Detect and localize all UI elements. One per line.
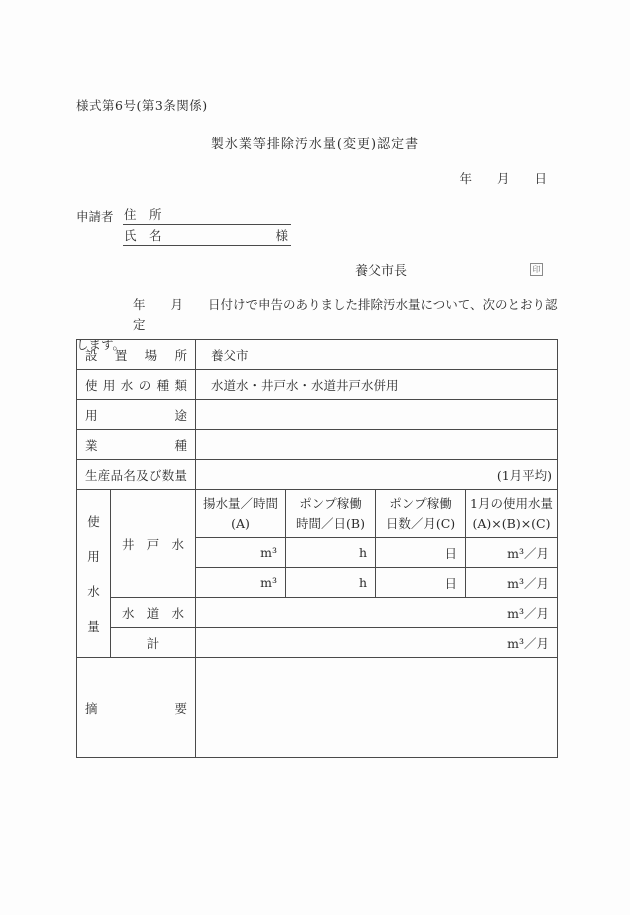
address-blank-field: 住 所 (123, 205, 291, 225)
applicant-label: 申請者 (76, 207, 116, 225)
well-water-label: 井戸水 (111, 490, 196, 598)
water-type-value: 水道水・井戸水・水道井戸水併用 (196, 370, 558, 400)
name-blank-field: 氏 名 様 (123, 226, 291, 246)
industry-label: 業種 (77, 430, 196, 460)
header-pump-days: ポンプ稼働 日数／月(C) (376, 490, 466, 538)
name-label: 氏 名 (124, 226, 162, 244)
header-pump-days-line1: ポンプ稼働 (376, 494, 465, 513)
form-table: 設置場所 養父市 使用水の種類 水道水・井戸水・水道井戸水併用 用途 業種 生産… (76, 339, 558, 758)
row-total: 計 m³／月 (77, 628, 558, 658)
row-use: 用途 (77, 400, 558, 430)
honorific-label: 様 (275, 226, 288, 244)
row-location: 設置場所 養父市 (77, 340, 558, 370)
body-line-1: 年 月 日付けで申告のありました排除汚水量について、次のとおり認定 (76, 295, 562, 335)
row-usage-header: 使 用 水 量 井戸水 揚水量／時間 (A) ポンプ稼働 時間／日(B) ポンプ… (77, 490, 558, 538)
addressee-row: 養父市長 印 (355, 260, 543, 279)
applicant-name-row: 氏 名 様 (76, 225, 291, 246)
location-label: 設置場所 (77, 340, 196, 370)
header-pump-rate-line1: 揚水量／時間 (196, 494, 285, 513)
header-pump-rate-line2: (A) (196, 514, 285, 533)
usage-char-3: 水 (87, 582, 100, 600)
well2-monthly-cell: m³／月 (466, 568, 558, 598)
total-label: 計 (111, 628, 196, 658)
well2-volume-cell: m³ (196, 568, 286, 598)
well1-monthly-cell: m³／月 (466, 538, 558, 568)
product-label: 生産品名及び数量 (77, 460, 196, 490)
well2-days-cell: 日 (376, 568, 466, 598)
header-monthly-usage-line2: (A)×(B)×(C) (466, 514, 557, 533)
industry-value-blank (196, 430, 558, 460)
tap-water-monthly-cell: m³／月 (196, 598, 558, 628)
water-type-label: 使用水の種類 (77, 370, 196, 400)
date-line: 年 月 日 (459, 169, 547, 187)
header-pump-hours-line1: ポンプ稼働 (286, 494, 375, 513)
usage-char-1: 使 (87, 512, 100, 530)
row-remarks: 摘要 (77, 658, 558, 758)
page-title: 製氷業等排除汚水量(変更)認定書 (0, 133, 630, 152)
usage-char-4: 量 (87, 617, 100, 635)
remarks-label: 摘要 (77, 658, 196, 758)
header-pump-hours-line2: 時間／日(B) (286, 514, 375, 533)
row-product: 生産品名及び数量 (1月平均) (77, 460, 558, 490)
row-tap-water: 水道水 m³／月 (77, 598, 558, 628)
form-number: 様式第6号(第3条関係) (76, 96, 208, 114)
product-note: (1月平均) (196, 460, 558, 490)
usage-char-2: 用 (87, 547, 100, 565)
header-monthly-usage: 1月の使用水量 (A)×(B)×(C) (466, 490, 558, 538)
header-pump-rate: 揚水量／時間 (A) (196, 490, 286, 538)
location-value: 養父市 (196, 340, 558, 370)
well1-volume-cell: m³ (196, 538, 286, 568)
address-label: 住 所 (124, 205, 162, 223)
well1-hours-cell: h (286, 538, 376, 568)
well1-days-cell: 日 (376, 538, 466, 568)
tap-water-label: 水道水 (111, 598, 196, 628)
usage-volume-vertical-label: 使 用 水 量 (77, 490, 111, 658)
row-industry: 業種 (77, 430, 558, 460)
remarks-value-blank (196, 658, 558, 758)
total-monthly-cell: m³／月 (196, 628, 558, 658)
header-pump-hours: ポンプ稼働 時間／日(B) (286, 490, 376, 538)
header-monthly-usage-line1: 1月の使用水量 (466, 494, 557, 513)
seal-mark: 印 (530, 263, 543, 276)
document-page: 様式第6号(第3条関係) 製氷業等排除汚水量(変更)認定書 年 月 日 申請者 … (0, 0, 630, 915)
use-label: 用途 (77, 400, 196, 430)
applicant-address-row: 申請者 住 所 (76, 204, 291, 225)
applicant-block: 申請者 住 所 氏 名 様 (76, 204, 291, 246)
use-value-blank (196, 400, 558, 430)
addressee-name: 養父市長 (355, 260, 407, 279)
well2-hours-cell: h (286, 568, 376, 598)
row-water-type: 使用水の種類 水道水・井戸水・水道井戸水併用 (77, 370, 558, 400)
header-pump-days-line2: 日数／月(C) (376, 514, 465, 533)
